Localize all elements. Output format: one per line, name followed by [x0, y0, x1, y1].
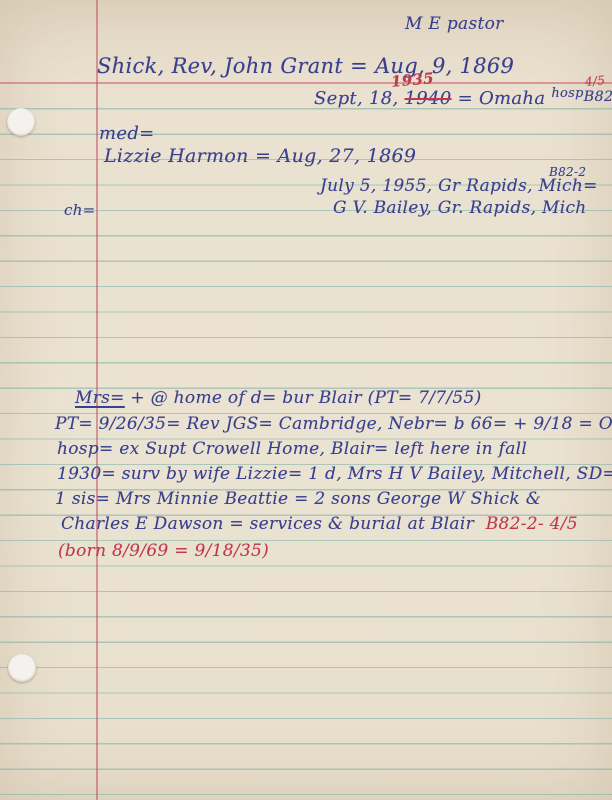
note-line-2: PT= 9/26/35= Rev JGS= Cambridge, Nebr= b…: [55, 414, 612, 434]
child-line: G V. Bailey, Gr. Rapids, Mich: [333, 198, 587, 218]
note-line-5: 1 sis= Mrs Minnie Beattie = 2 sons Georg…: [55, 489, 541, 509]
note-line-7-dates: (born 8/9/69 = 9/18/35): [58, 541, 269, 561]
note-line-6-text: Charles E Dawson = services & burial at …: [61, 514, 474, 534]
corner-note: M E pastor: [405, 14, 504, 34]
header-rule-line: [0, 82, 612, 84]
name-and-birth-line: Shick, Rev, John Grant = Aug, 9, 1869: [97, 54, 514, 78]
scanned-genealogy-note-page: M E pastor Shick, Rev, John Grant = Aug,…: [0, 0, 612, 800]
note-line-1: Mrs= + @ home of d= bur Blair (PT= 7/7/5…: [75, 388, 482, 408]
death-date-prefix: Sept, 18,: [314, 88, 405, 109]
struck-death-year: 1940: [405, 88, 452, 109]
married-label: med=: [99, 123, 155, 144]
note-line-1-lead: Mrs=: [75, 388, 125, 408]
note-line-3: hosp= ex Supt Crowell Home, Blair= left …: [57, 439, 527, 459]
punch-hole-bottom: [8, 654, 36, 682]
note-line-1-rest: + @ home of d= bur Blair (PT= 7/7/55): [125, 388, 482, 408]
spouse-line: Lizzie Harmon = Aug, 27, 1869: [104, 145, 416, 167]
death-place: = Omaha: [452, 88, 552, 109]
punch-hole-top: [7, 108, 35, 136]
death-date-line: Sept, 18, 1940 = Omaha hospB82-2: [314, 88, 612, 109]
note-line-4: 1930= surv by wife Lizzie= 1 d, Mrs H V …: [57, 464, 612, 484]
death-ref-code: B82-2: [584, 89, 612, 105]
note-line-6-ref-code: B82-2- 4/5: [486, 514, 578, 534]
spouse-death-line: July 5, 1955, Gr Rapids, Mich=: [320, 176, 598, 196]
note-line-6: Charles E Dawson = services & burial at …: [61, 514, 578, 534]
children-label: ch=: [64, 201, 96, 219]
page-fraction-top: 4/5: [584, 73, 605, 89]
death-hospital-note: hosp: [551, 86, 583, 101]
